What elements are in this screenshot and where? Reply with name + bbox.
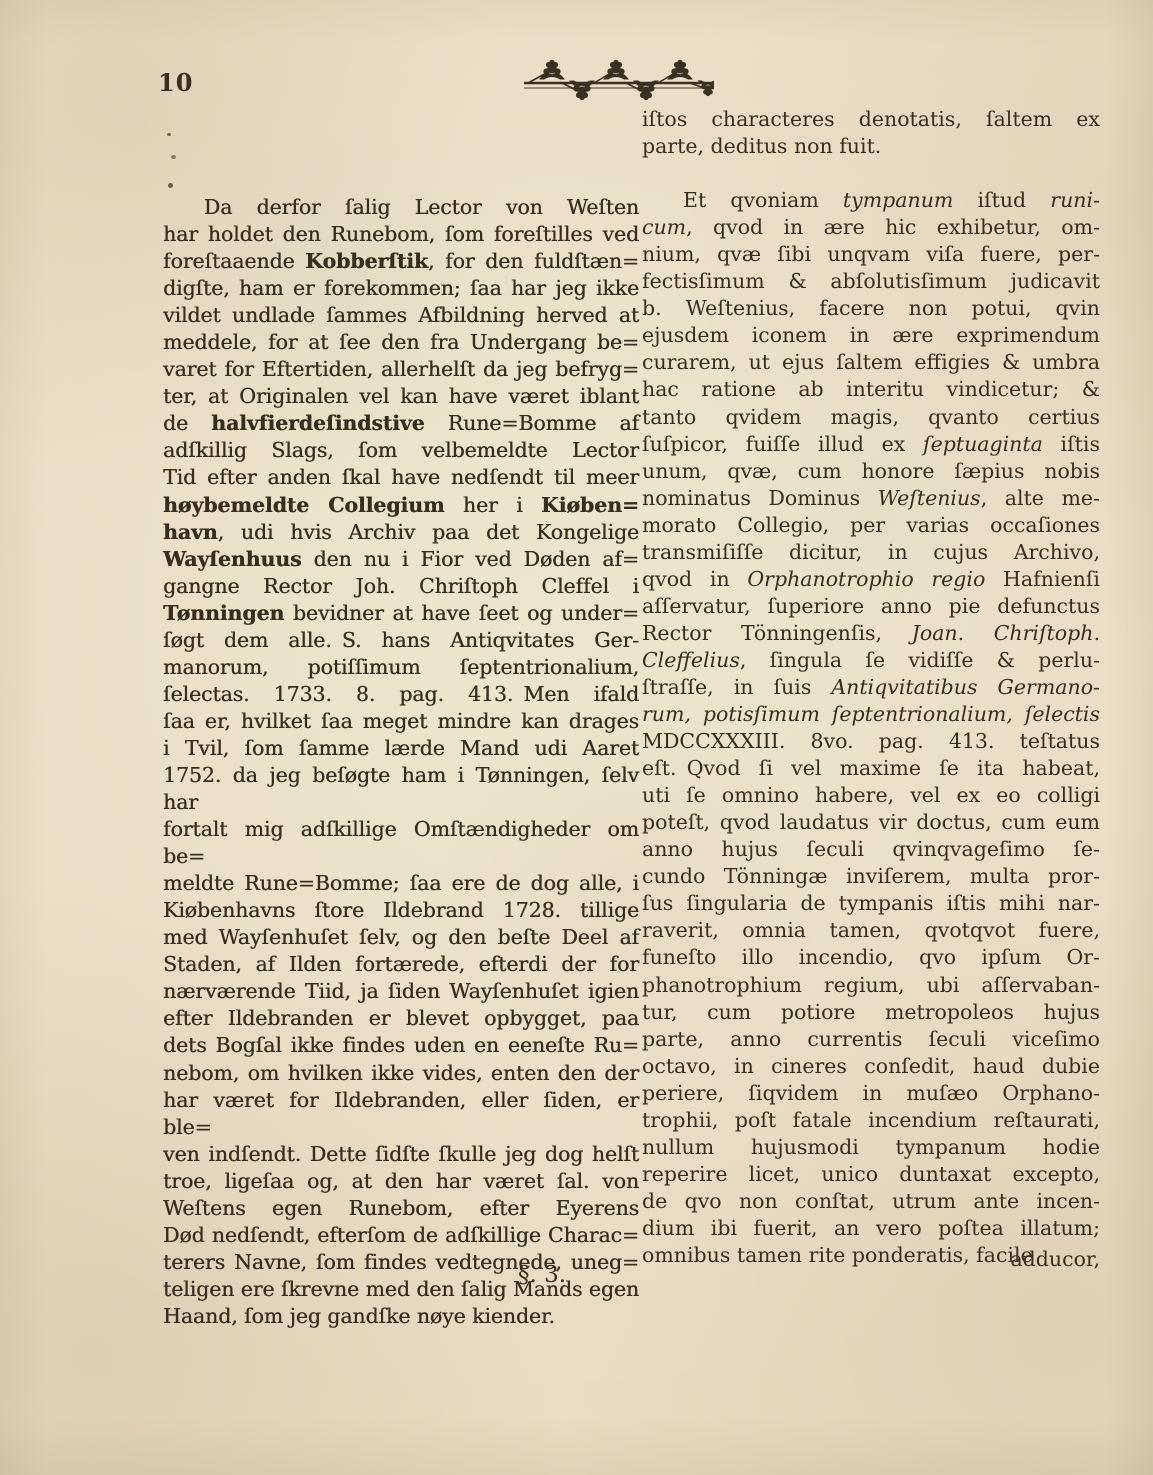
text-line: meddele, for at ſee den fra Undergang be… xyxy=(163,329,639,356)
text-line: nominatus Dominus Weſtenius, alte me- xyxy=(642,485,1100,512)
text-line: nullum hujusmodi tympanum hodie xyxy=(642,1134,1100,1161)
text-line: ſuſpicor, fuiſſe illud ex ſeptuaginta iſ… xyxy=(642,431,1100,458)
text-line: Wayſenhuus den nu i Fior ved Døden af= xyxy=(163,546,639,573)
text-line: qvod in Orphanotrophio regio Hafnienſi xyxy=(642,566,1100,593)
text-line: uti ſe omnino habere, vel ex eo colligi xyxy=(642,782,1100,809)
text-line: Tønningen bevidner at have ſeet og under… xyxy=(163,600,639,627)
text-line: Kiøbenhavns ſtore Ildebrand 1728. tillig… xyxy=(163,897,639,924)
text-line: nium, qvæ ſibi unqvam viſa fuere, per- xyxy=(642,241,1100,268)
text-line: Cleffelius, ſingula ſe vidiſſe & perlu- xyxy=(642,647,1100,674)
text-line: høybemeldte Collegium her i Kiøben= xyxy=(163,492,639,519)
text-line: nærværende Tiid, ja ſiden Wayſenhuſet ig… xyxy=(163,978,639,1005)
text-line: ſtraſſe, in ſuis Antiqvitatibus Germano- xyxy=(642,674,1100,701)
text-line: rum, potisſimum ſeptentrionalium, ſelect… xyxy=(642,701,1100,728)
section-mark: §. 3. xyxy=(492,1262,592,1288)
text-line: manorum, potiſſimum ſeptentrionalium, xyxy=(163,654,639,681)
text-line: unum, qvæ, cum honore ſæpius nobis xyxy=(642,458,1100,485)
text-line: de qvo non conſtat, utrum ante incen- xyxy=(642,1188,1100,1215)
text-line: nebom, om hvilken ikke vides, enten den … xyxy=(163,1060,639,1087)
text-line: efter Ildebranden er blevet opbygget, pa… xyxy=(163,1005,639,1032)
text-line: funeſto illo incendio, qvo ipſum Or- xyxy=(642,944,1100,971)
text-line: med Wayſenhuſet ſelv, og den beſte Deel … xyxy=(163,924,639,951)
left-column-danish-text: Da derfor ſalig Lector von Weſtenhar hol… xyxy=(163,194,639,1330)
paragraph-gap xyxy=(642,160,1100,187)
text-line: 1752. da jeg beſøgte ham i Tønningen, ſe… xyxy=(163,762,639,816)
text-line: Da derfor ſalig Lector von Weſten xyxy=(163,194,639,221)
text-line: cundo Tönningæ inviſerem, multa pror- xyxy=(642,863,1100,890)
text-line: hac ratione ab interitu vindicetur; & xyxy=(642,376,1100,403)
text-line: parte, deditus non fuit. xyxy=(642,133,1100,160)
right-column-latin-text: iſtos characteres denotatis, ſaltem expa… xyxy=(642,106,1100,1269)
text-line: raverit, omnia tamen, qvotqvot fuere, xyxy=(642,917,1100,944)
text-line: fectisſimum & abſolutisſimum judicavit xyxy=(642,268,1100,295)
ink-speck xyxy=(167,133,171,136)
text-line: troe, ligeſaa og, at den har været ſal. … xyxy=(163,1168,639,1195)
headpiece-ornament xyxy=(522,58,714,102)
ink-speck xyxy=(168,183,173,188)
text-line: b. Weſtenius, facere non potui, qvin xyxy=(642,295,1100,322)
text-line: Haand, ſom jeg gandſke nøye kiender. xyxy=(163,1303,639,1330)
text-line: Staden, af Ilden fortærede, efterdi der … xyxy=(163,951,639,978)
text-line: iſtos characteres denotatis, ſaltem ex xyxy=(642,106,1100,133)
text-line: Et qvoniam tympanum iſtud runi- xyxy=(642,187,1100,214)
text-line: meldte Rune=Bomme; ſaa ere de dog alle, … xyxy=(163,870,639,897)
text-line: Weſtens egen Runebom, efter Eyerens xyxy=(163,1195,639,1222)
text-line: periere, ſiqvidem in muſæo Orphano- xyxy=(642,1080,1100,1107)
text-line: anno hujus ſeculi qvinqvageſimo ſe- xyxy=(642,836,1100,863)
text-line: reperire licet, unico duntaxat excepto, xyxy=(642,1161,1100,1188)
text-line: digſte, ham er forekommen; ſaa har jeg i… xyxy=(163,275,639,302)
text-line: de halvfierdeſindstive Rune=Bomme af xyxy=(163,410,639,437)
text-line: ter, at Originalen vel kan have været ib… xyxy=(163,383,639,410)
text-line: cum, qvod in ære hic exhibetur, om- xyxy=(642,214,1100,241)
text-line: ejusdem iconem in ære exprimendum xyxy=(642,322,1100,349)
text-line: curarem, ut ejus ſaltem effigies & umbra xyxy=(642,349,1100,376)
text-line: Rector Tönningenſis, Joan. Chriſtoph. xyxy=(642,620,1100,647)
text-line: i Tvil, ſom ſamme lærde Mand udi Aaret xyxy=(163,735,639,762)
text-line: trophii, poſt fatale incendium reſtaurat… xyxy=(642,1107,1100,1134)
text-line: varet for Eftertiden, allerhelſt da jeg … xyxy=(163,356,639,383)
page-number: 10 xyxy=(158,68,193,97)
text-line: ſus ſingularia de tympanis iſtis mihi na… xyxy=(642,890,1100,917)
text-line: har holdet den Runebom, ſom foreſtilles … xyxy=(163,221,639,248)
text-line: ven indſendt. Dette ſidſte ſkulle jeg do… xyxy=(163,1141,639,1168)
text-line: Tid efter anden ſkal have nedſendt til m… xyxy=(163,464,639,491)
text-line: tur, cum potiore metropoleos hujus xyxy=(642,999,1100,1026)
book-page: 10 Da derfor ſalig Lector von xyxy=(0,0,1153,1475)
text-line: octavo, in cineres conſedit, haud dubie xyxy=(642,1053,1100,1080)
text-line: fortalt mig adſkillige Omſtændigheder om… xyxy=(163,816,639,870)
text-line: vildet undlade ſammes Afbildning herved … xyxy=(163,302,639,329)
ink-speck xyxy=(171,155,176,159)
text-line: havn, udi hvis Archiv paa det Kongelige xyxy=(163,519,639,546)
text-line: dets Bogſal ikke findes uden en eeneſte … xyxy=(163,1032,639,1059)
catchword: adducor, xyxy=(642,1247,1100,1271)
text-line: gangne Rector Joh. Chriſtoph Cleffel i xyxy=(163,573,639,600)
text-line: phanotrophium regium, ubi aſſervaban- xyxy=(642,972,1100,999)
text-line: ſelectas. 1733. 8. pag. 413. Men ifald xyxy=(163,681,639,708)
text-line: MDCCXXXIII. 8vo. pag. 413. teſtatus xyxy=(642,728,1100,755)
text-line: ſaa er, hvilket ſaa meget mindre kan dra… xyxy=(163,708,639,735)
text-line: transmiſiſſe dicitur, in cujus Archivo, xyxy=(642,539,1100,566)
text-line: morato Collegio, per varias occaſiones xyxy=(642,512,1100,539)
text-line: ſøgt dem alle. S. hans Antiqvitates Ger- xyxy=(163,627,639,654)
text-line: har været for Ildebranden, eller ſiden, … xyxy=(163,1087,639,1141)
text-line: eſt. Qvod ſi vel maxime ſe ita habeat, xyxy=(642,755,1100,782)
text-line: tanto qvidem magis, qvanto certius xyxy=(642,404,1100,431)
text-line: dium ibi fuerit, an vero poſtea illatum; xyxy=(642,1215,1100,1242)
text-line: aſſervatur, ſuperiore anno pie defunctus xyxy=(642,593,1100,620)
text-line: parte, anno currentis ſeculi viceſimo xyxy=(642,1026,1100,1053)
text-line: foreſtaaende Kobberſtik, for den fuldſtæ… xyxy=(163,248,639,275)
text-line: poteſt, qvod laudatus vir doctus, cum eu… xyxy=(642,809,1100,836)
text-line: adſkillig Slags, ſom velbemeldte Lector xyxy=(163,437,639,464)
text-line: Død nedſendt, efterſom de adſkillige Cha… xyxy=(163,1222,639,1249)
